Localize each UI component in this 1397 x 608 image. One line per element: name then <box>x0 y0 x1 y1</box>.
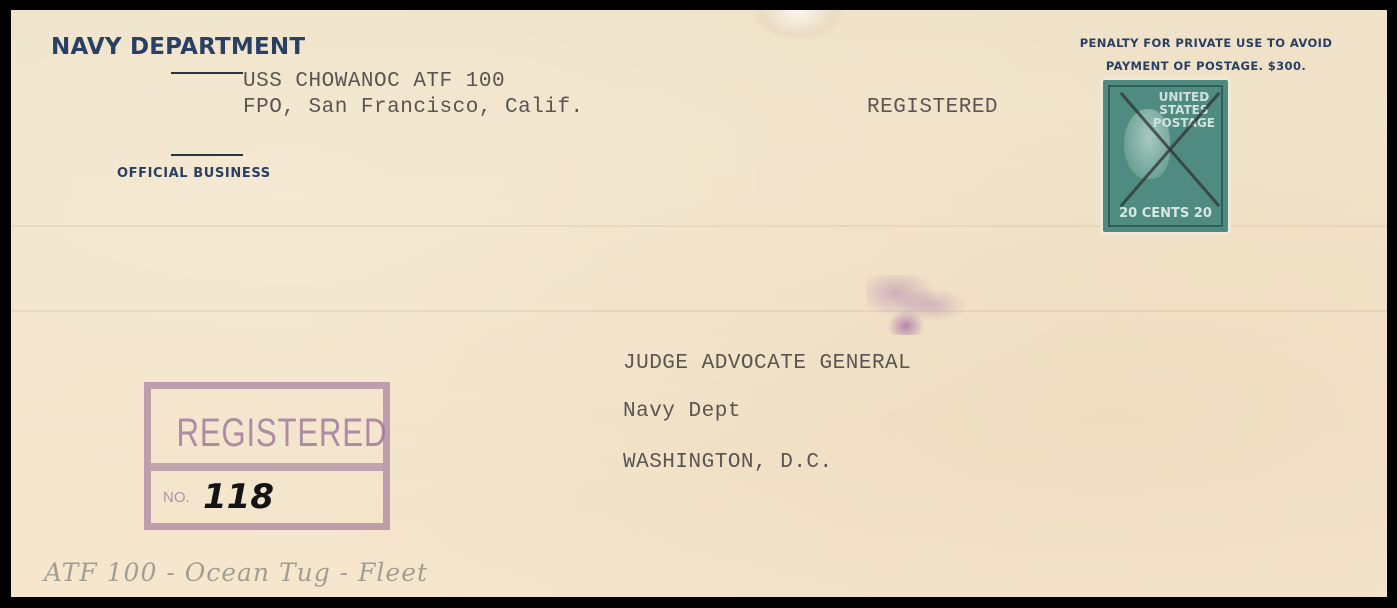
stamp-value: 20 CENTS 20 <box>1114 206 1217 221</box>
ink-smudge <box>866 275 966 335</box>
registered-number: 118 <box>203 477 274 517</box>
paper-crease <box>753 10 843 40</box>
return-address-line-1: USS CHOWANOC ATF 100 <box>243 70 505 93</box>
recipient-line-3: WASHINGTON, D.C. <box>623 451 833 474</box>
envelope: NAVY DEPARTMENT OFFICIAL BUSINESS PENALT… <box>11 10 1387 597</box>
penalty-line-2: PAYMENT OF POSTAGE. $300. <box>1051 55 1361 78</box>
penalty-notice: PENALTY FOR PRIVATE USE TO AVOID PAYMENT… <box>1051 32 1361 78</box>
postage-stamp: UNITED STATES POSTAGE 20 CENTS 20 <box>1103 80 1228 232</box>
fold-line <box>11 310 1387 312</box>
penalty-line-1: PENALTY FOR PRIVATE USE TO AVOID <box>1051 32 1361 55</box>
letterhead-rule <box>171 154 243 156</box>
recipient-line-1: JUDGE ADVOCATE GENERAL <box>623 352 911 375</box>
official-business-label: OFFICIAL BUSINESS <box>117 166 271 181</box>
registered-stamp-divider <box>151 463 383 471</box>
return-address-line-2: FPO, San Francisco, Calif. <box>243 96 584 119</box>
letterhead-rule <box>171 72 243 74</box>
registered-handstamp: REGISTERED NO. 118 <box>144 382 390 530</box>
registered-stamp-label: REGISTERED <box>177 411 358 456</box>
registered-no-label: NO. <box>163 489 190 506</box>
registered-typed-label: REGISTERED <box>867 96 998 119</box>
recipient-line-2: Navy Dept <box>623 400 741 423</box>
letterhead-title: NAVY DEPARTMENT <box>51 34 305 60</box>
pencil-annotation: ATF 100 - Ocean Tug - Fleet <box>44 558 428 587</box>
